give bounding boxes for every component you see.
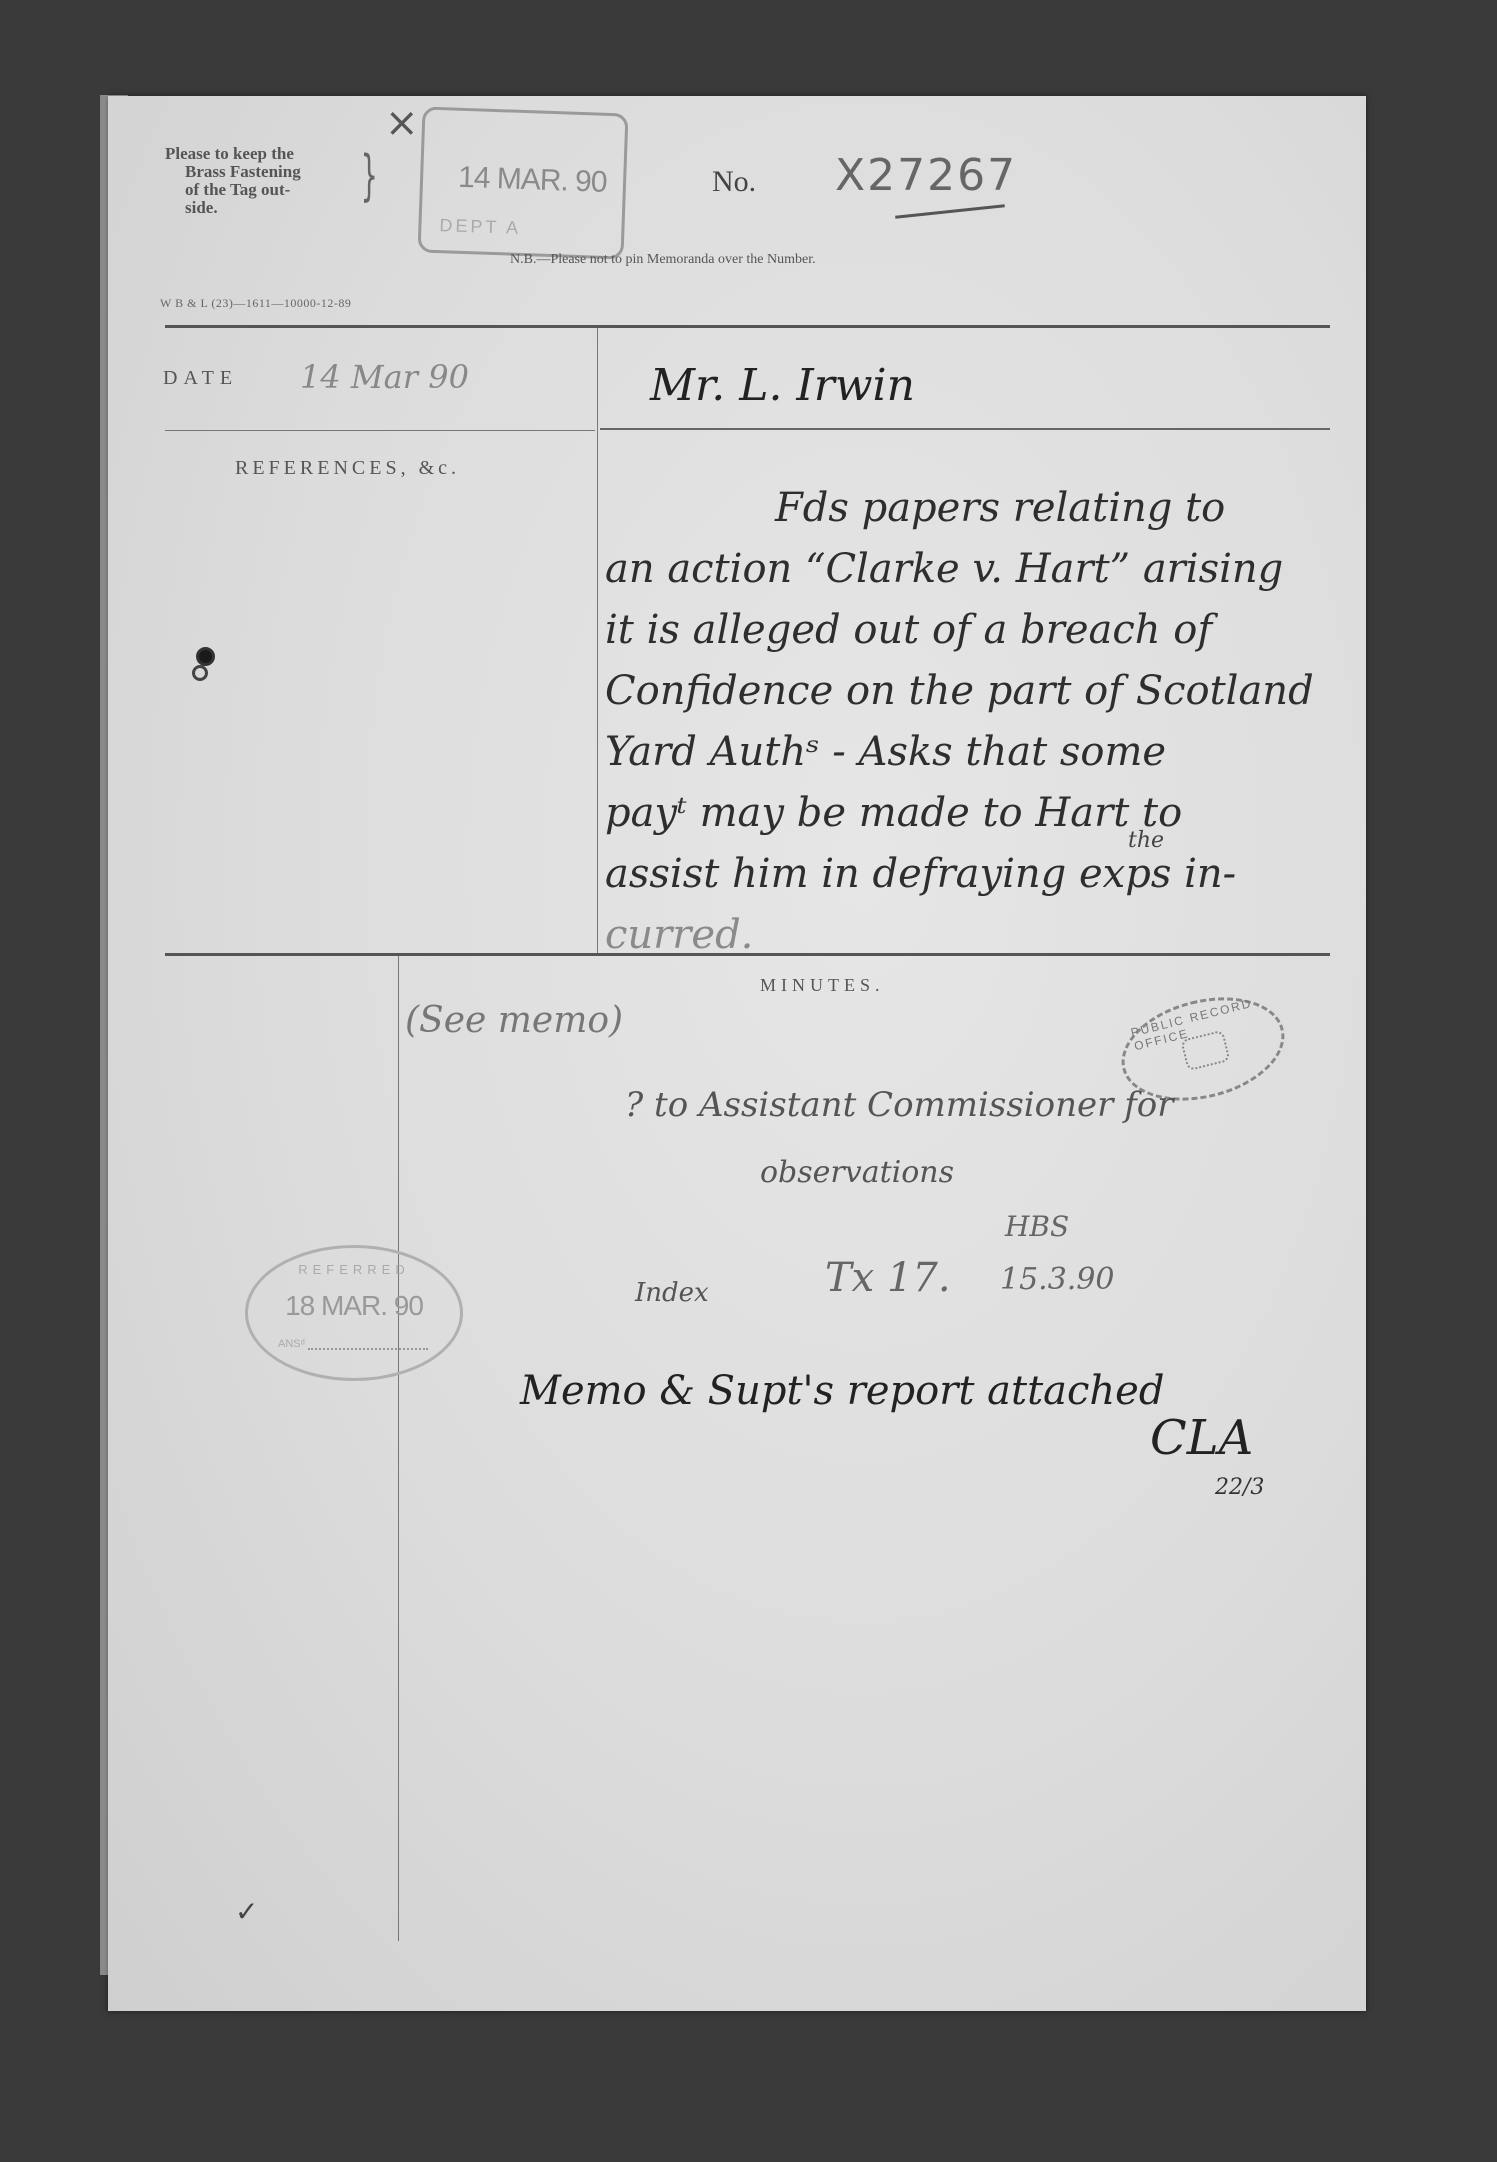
index-label: Index [635,1278,709,1308]
tag-fastening-note: Please to keep the Brass Fastening of th… [165,145,301,217]
references-label: REFERENCES, &c. [235,457,460,480]
referred-stamp-ans: ANSᵈ [278,1338,305,1350]
tag-note-line: of the Tag out- [165,181,301,199]
referred-stamp-label: REFERRED [248,1262,460,1277]
minutes-heading: MINUTES. [760,975,885,996]
initials-hbs-date: 15.3.90 [1000,1262,1115,1297]
printer-code: W B & L (23)—1611—10000-12-89 [160,296,351,311]
number-label: No. [712,165,756,199]
referral-minute: ? to Assistant Commissioner for [625,1085,1174,1125]
brace-icon: } [361,146,378,206]
received-stamp-date: 14 MAR. 90 [458,161,608,200]
tag-note-line: Brass Fastening [165,163,301,181]
date-value: 14 Mar 90 [300,358,469,396]
summary-line: Fds papers relating to [605,478,1335,539]
tag-note-line: side. [165,199,301,217]
correspondent-name: Mr. L. Irwin [650,360,915,411]
tag-note-line: Please to keep the [165,145,301,163]
checkmark-icon: ✓ [235,1895,258,1928]
summary-line: payᵗ may be made to Hart to [605,783,1335,844]
column-divider [597,328,598,955]
referred-stamp-dotted-line [308,1348,428,1350]
received-date-stamp: 14 MAR. 90 DEPT A [418,106,629,259]
date-label: DATE [163,367,238,390]
file-number: X27267 [835,150,1017,201]
received-stamp-dept: DEPT A [439,215,521,239]
referred-date-stamp: REFERRED 18 MAR. 90 ANSᵈ [245,1245,463,1381]
fastener-ring-icon [192,665,208,681]
initials-signature: CLA [1150,1410,1253,1466]
memo-attached-note: Memo & Supt's report attached [520,1368,1164,1414]
see-memo-note: (See memo) [405,1000,623,1041]
date-row-rule [165,430,595,431]
summary-text: Fds papers relating to an action “Clarke… [605,478,1335,966]
referred-stamp-date: 18 MAR. 90 [248,1290,460,1322]
initials-signature-date: 22/3 [1215,1475,1264,1500]
summary-line: Yard Authˢ - Asks that some [605,722,1335,783]
top-rule [165,325,1330,328]
fastener-hole-icon [196,647,215,666]
summary-line: assist him in defraying exps in- [605,844,1335,905]
summary-line: it is alleged out of a breach of [605,600,1335,661]
referral-minute-cont: observations [760,1155,954,1190]
inserted-word: the [1128,828,1164,853]
nb-note: N.B.—Please not to pin Memoranda over th… [510,252,816,268]
name-row-rule [600,428,1330,430]
minutes-margin-line [398,956,399,1941]
summary-line: Confidence on the part of Scotland [605,661,1335,722]
x-mark-icon: × [385,100,419,146]
index-reference: Tx 17. [825,1255,951,1301]
summary-line: an action “Clarke v. Hart” arising [605,539,1335,600]
summary-line: curred. [605,905,1335,966]
initials-hbs: HBS [1005,1210,1069,1243]
